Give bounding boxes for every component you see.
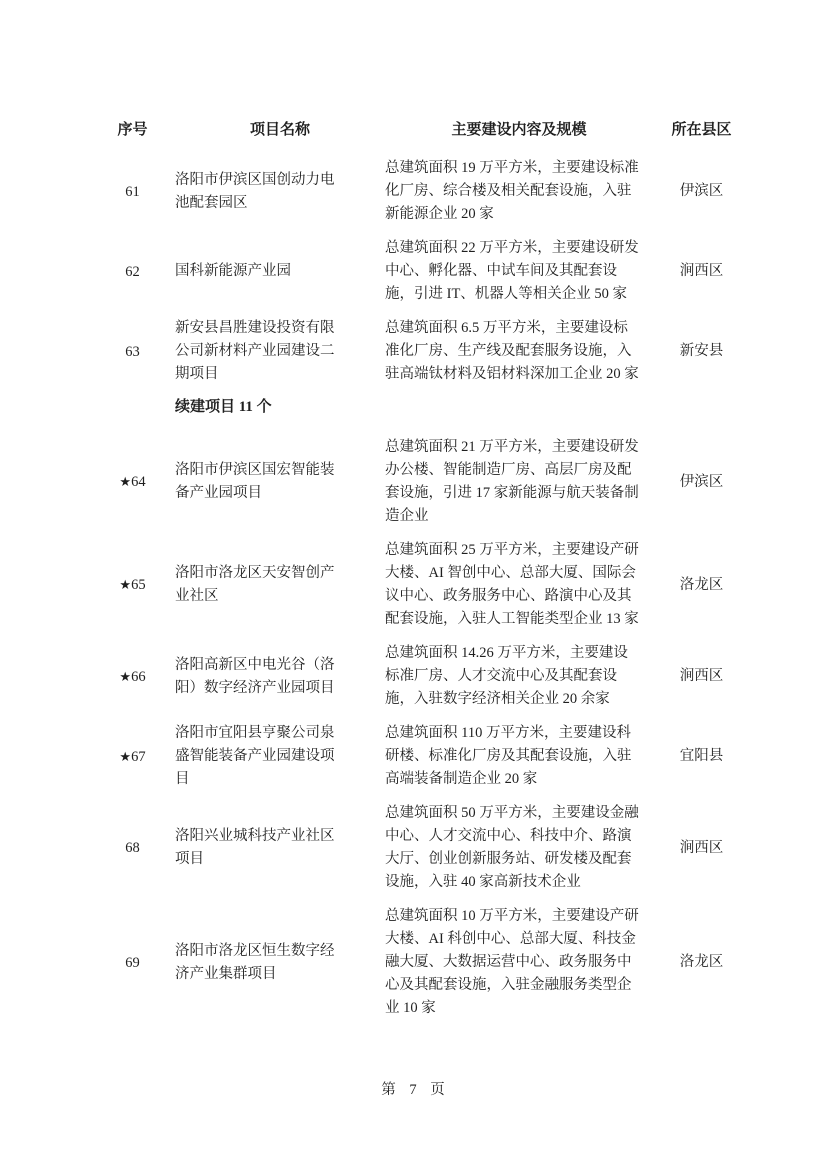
construction-content-cell: 总建筑面积 110 万平方米，主要建设科研楼、标准化厂房及其配套设施，入驻高端装… [385, 722, 653, 791]
header-serial-number: 序号 [90, 120, 175, 141]
page-number: 第 7 页 [0, 1078, 826, 1099]
star-icon: ★ [119, 474, 131, 489]
section-header-continued-projects: 续建项目 11 个 [90, 397, 750, 418]
project-name-cell: 洛阳市伊滨区国创动力电池配套园区 [175, 169, 385, 215]
county-district-cell: 涧西区 [653, 665, 750, 688]
construction-content-cell: 总建筑面积 50 万平方米，主要建设金融中心、人才交流中心、科技中介、路演大厅、… [385, 802, 653, 894]
serial-number: 63 [125, 344, 140, 360]
table-body: 61 洛阳市伊滨区国创动力电池配套园区 总建筑面积 19 万平方米，主要建设标准… [90, 157, 750, 1020]
construction-content-cell: 总建筑面积 6.5 万平方米，主要建设标准化厂房、生产线及配套服务设施，入驻高端… [385, 317, 653, 386]
table-header-row: 序号 项目名称 主要建设内容及规模 所在县区 [90, 120, 750, 141]
serial-number-cell: 68 [90, 836, 175, 860]
construction-content-cell: 总建筑面积 25 万平方米，主要建设产研大楼、AI 智创中心、总部大厦、国际会议… [385, 539, 653, 631]
serial-number: 69 [125, 955, 140, 971]
serial-number-cell: ★64 [90, 470, 175, 494]
county-district-cell: 伊滨区 [653, 471, 750, 494]
construction-content-cell: 总建筑面积 21 万平方米，主要建设研发办公楼、智能制造厂房、高层厂房及配套设施… [385, 436, 653, 528]
construction-content-cell: 总建筑面积 19 万平方米，主要建设标准化厂房、综合楼及相关配套设施，入驻新能源… [385, 157, 653, 226]
serial-number: 64 [131, 474, 146, 490]
star-icon: ★ [119, 577, 131, 592]
document-page: 序号 项目名称 主要建设内容及规模 所在县区 61 洛阳市伊滨区国创动力电池配套… [0, 0, 826, 1169]
serial-number-cell: 61 [90, 180, 175, 204]
project-name-cell: 洛阳市宜阳县亨聚公司泉盛智能装备产业园建设项目 [175, 722, 385, 791]
table-row: ★65 洛阳市洛龙区天安智创产业社区 总建筑面积 25 万平方米，主要建设产研大… [90, 539, 750, 631]
header-project-name: 项目名称 [175, 120, 385, 141]
serial-number: 66 [131, 669, 146, 685]
serial-number: 65 [131, 577, 146, 593]
table-row: 61 洛阳市伊滨区国创动力电池配套园区 总建筑面积 19 万平方米，主要建设标准… [90, 157, 750, 226]
serial-number: 68 [125, 840, 140, 856]
section-header-label: 续建项目 11 个 [175, 399, 272, 415]
serial-number-cell: ★65 [90, 573, 175, 597]
header-construction-content: 主要建设内容及规模 [385, 120, 653, 141]
project-name-cell: 新安县昌胜建设投资有限公司新材料产业园建设二期项目 [175, 317, 385, 386]
serial-number: 67 [131, 749, 146, 765]
table-row: ★66 洛阳高新区中电光谷（洛阳）数字经济产业园项目 总建筑面积 14.26 万… [90, 642, 750, 711]
header-county-district: 所在县区 [653, 120, 750, 141]
county-district-cell: 宜阳县 [653, 745, 750, 768]
serial-number-cell: ★67 [90, 745, 175, 769]
construction-content-cell: 总建筑面积 10 万平方米，主要建设产研大楼、AI 科创中心、总部大厦、科技金融… [385, 905, 653, 1020]
serial-number-cell: 63 [90, 340, 175, 364]
project-name-cell: 国科新能源产业园 [175, 260, 385, 283]
county-district-cell: 洛龙区 [653, 574, 750, 597]
table-row: ★64 洛阳市伊滨区国宏智能装备产业园项目 总建筑面积 21 万平方米，主要建设… [90, 436, 750, 528]
serial-number-cell: ★66 [90, 665, 175, 689]
table-row: ★67 洛阳市宜阳县亨聚公司泉盛智能装备产业园建设项目 总建筑面积 110 万平… [90, 722, 750, 791]
county-district-cell: 伊滨区 [653, 180, 750, 203]
serial-number: 62 [125, 264, 140, 280]
construction-content-cell: 总建筑面积 14.26 万平方米，主要建设标准厂房、人才交流中心及其配套设施，入… [385, 642, 653, 711]
county-district-cell: 新安县 [653, 340, 750, 363]
projects-table: 序号 项目名称 主要建设内容及规模 所在县区 61 洛阳市伊滨区国创动力电池配套… [90, 120, 750, 1031]
county-district-cell: 涧西区 [653, 837, 750, 860]
table-row: 62 国科新能源产业园 总建筑面积 22 万平方米，主要建设研发中心、孵化器、中… [90, 237, 750, 306]
star-icon: ★ [119, 749, 131, 764]
project-name-cell: 洛阳市伊滨区国宏智能装备产业园项目 [175, 459, 385, 505]
project-name-cell: 洛阳市洛龙区恒生数字经济产业集群项目 [175, 940, 385, 986]
serial-number: 61 [125, 184, 140, 200]
project-name-cell: 洛阳兴业城科技产业社区项目 [175, 825, 385, 871]
table-row: 63 新安县昌胜建设投资有限公司新材料产业园建设二期项目 总建筑面积 6.5 万… [90, 317, 750, 386]
county-district-cell: 洛龙区 [653, 951, 750, 974]
table-row: 68 洛阳兴业城科技产业社区项目 总建筑面积 50 万平方米，主要建设金融中心、… [90, 802, 750, 894]
construction-content-cell: 总建筑面积 22 万平方米，主要建设研发中心、孵化器、中试车间及其配套设施，引进… [385, 237, 653, 306]
serial-number-cell: 62 [90, 260, 175, 284]
project-name-cell: 洛阳市洛龙区天安智创产业社区 [175, 562, 385, 608]
project-name-cell: 洛阳高新区中电光谷（洛阳）数字经济产业园项目 [175, 654, 385, 700]
star-icon: ★ [119, 669, 131, 684]
serial-number-cell: 69 [90, 951, 175, 975]
county-district-cell: 涧西区 [653, 260, 750, 283]
table-row: 69 洛阳市洛龙区恒生数字经济产业集群项目 总建筑面积 10 万平方米，主要建设… [90, 905, 750, 1020]
